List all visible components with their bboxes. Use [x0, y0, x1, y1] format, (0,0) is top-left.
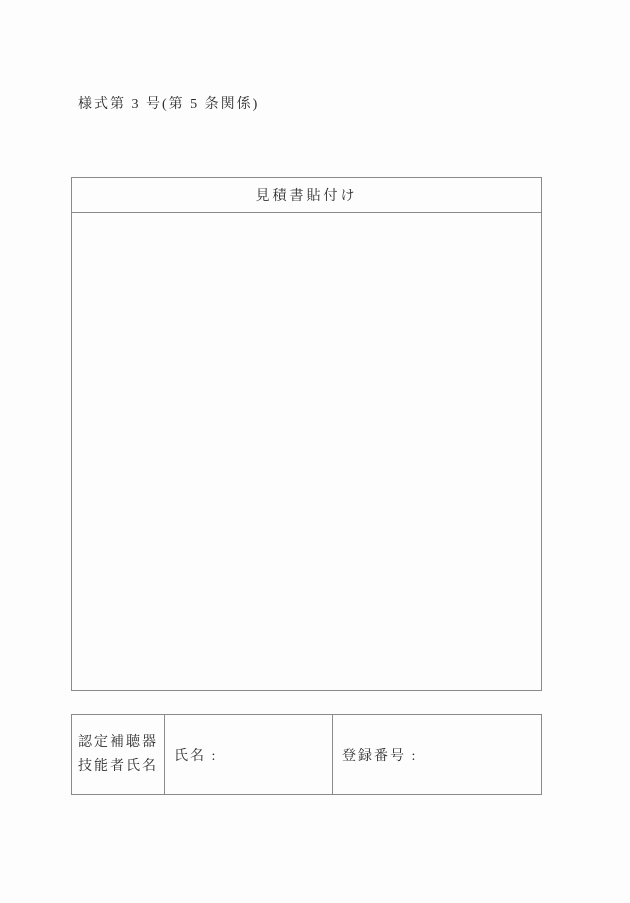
registration-number-label: 登録番号 : — [342, 745, 417, 765]
technician-name-cell: 氏名 : — [164, 715, 332, 794]
registration-number-value-area[interactable] — [417, 715, 541, 794]
technician-table: 認定補聴器 技能者氏名 氏名 : 登録番号 : — [71, 714, 542, 795]
estimate-box-header: 見積書貼付け — [72, 178, 541, 213]
registration-number-cell: 登録番号 : — [332, 715, 541, 794]
name-label: 氏名 : — [174, 745, 217, 765]
technician-label-line2: 技能者氏名 — [78, 755, 158, 779]
estimate-attachment-box: 見積書貼付け — [71, 177, 542, 691]
technician-label-cell: 認定補聴器 技能者氏名 — [72, 715, 164, 794]
form-number: 様式第 3 号(第 5 条関係) — [78, 93, 259, 113]
technician-label-line1: 認定補聴器 — [78, 731, 158, 755]
document-page: 様式第 3 号(第 5 条関係) 医師の処方箋により補聴器販売業者が作成した補聴… — [0, 0, 630, 903]
name-value-area[interactable] — [217, 715, 332, 794]
estimate-attachment-area[interactable] — [72, 213, 541, 690]
